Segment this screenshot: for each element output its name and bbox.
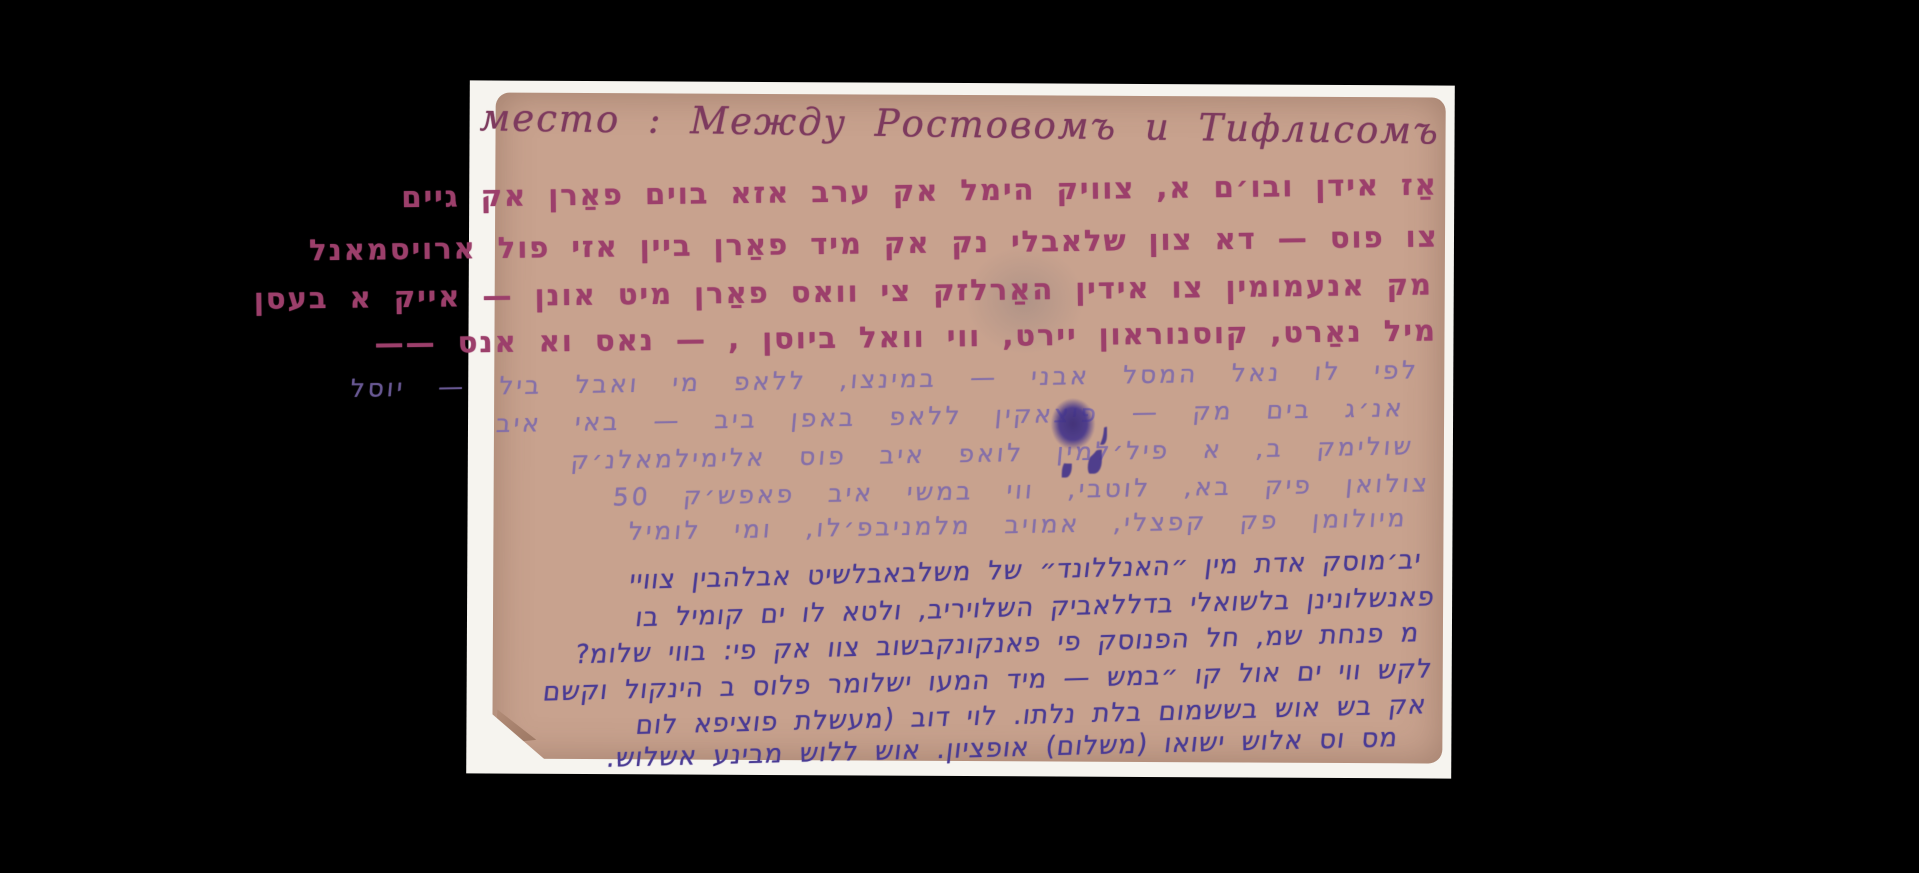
handwriting-line-violet-5: מיולומן פק קפצלי, אמויב מלמניבפ׳לו, ומי …	[627, 503, 1409, 546]
handwriting-line-magenta-4: מיל נאַרט, קוסנוראון יירט, ווי וואל ביוס…	[374, 313, 1437, 360]
handwriting-line-violet-2: אנ׳ג בים מק — פיצאקין ללאפ באפן ביב — בא…	[495, 393, 1406, 438]
handwriting-line-magenta-2: צו פוס — דא צון שלאבלי נק אק מיד פאַרן ב…	[309, 220, 1439, 268]
handwriting-line-violet-3: שולימק ב, א פיל׳למין לואפ איב פוס אלימיל…	[570, 431, 1416, 475]
postcard: место : Между Ростовомъ и Тифлисомъ אַז …	[492, 93, 1445, 764]
handwriting-line-magenta-3: מק אנעמומין צו אידין האַרלזק צי וואס פאַ…	[253, 267, 1432, 315]
scan-background: { "postcard": { "header": "место : Между…	[0, 0, 1919, 873]
scanner-margin: место : Между Ростовомъ и Тифлисомъ אַז …	[466, 80, 1455, 778]
corner-cut	[491, 714, 545, 760]
route-note-cyrillic: место : Между Ростовомъ и Тифлисомъ	[479, 96, 1440, 152]
handwriting-line-magenta-1: אַז אידן ובו׳ם א, צוויק הימל אק ערב אזא …	[401, 167, 1438, 214]
